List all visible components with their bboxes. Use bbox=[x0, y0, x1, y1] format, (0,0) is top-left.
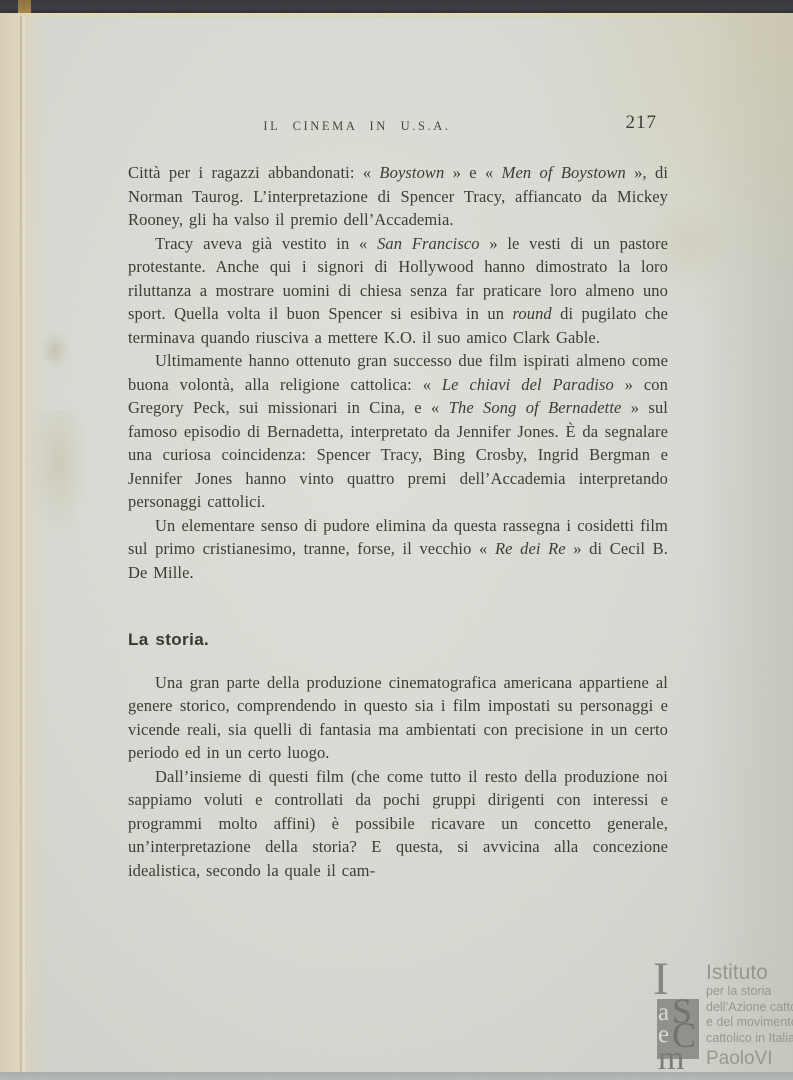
page-left-edge bbox=[0, 13, 44, 1072]
printed-text-block: IL CINEMA IN U.S.A. 217 Città per i raga… bbox=[128, 115, 668, 882]
paper-stain bbox=[40, 330, 70, 370]
film-title: The Song of Bernadette bbox=[449, 398, 622, 417]
text-run: » e « bbox=[444, 163, 501, 182]
paper-stain bbox=[28, 410, 88, 540]
page-fold-highlight bbox=[23, 16, 25, 1072]
watermark-text-line: dell’Azione cattolica bbox=[706, 1000, 793, 1016]
film-title: Men of Boystown bbox=[502, 163, 626, 182]
monogram-letter-i: I bbox=[653, 956, 669, 1003]
paragraph: Città per i ragazzi abbandonati: « Boyst… bbox=[128, 161, 668, 232]
page-fold-seam bbox=[20, 16, 22, 1072]
film-title: round bbox=[512, 304, 551, 323]
watermark-paolo-vi: PaoloVI bbox=[706, 1048, 793, 1069]
isacem-watermark: I a S e C m Istituto per la storiadell’A… bbox=[644, 960, 793, 1070]
bookmark-ribbon bbox=[18, 0, 31, 13]
isacem-monogram: I a S e C m bbox=[644, 960, 702, 1068]
film-title: Re dei Re bbox=[495, 539, 566, 558]
watermark-description: per la storiadell’Azione cattolicae del … bbox=[706, 984, 793, 1046]
watermark-institute-name: Istituto bbox=[706, 962, 793, 984]
book-cover-top-band bbox=[0, 0, 793, 13]
running-header: IL CINEMA IN U.S.A. 217 bbox=[128, 115, 668, 137]
paragraph: Una gran parte della produzione cinemato… bbox=[128, 671, 668, 765]
watermark-text-line: e del movimento bbox=[706, 1015, 793, 1031]
text-run: Una gran parte della produzione cinemato… bbox=[128, 673, 668, 763]
film-title: San Francisco bbox=[377, 234, 480, 253]
film-title: Boystown bbox=[379, 163, 444, 182]
text-run: Tracy aveva già vestito in « bbox=[155, 234, 377, 253]
monogram-letter-m: m bbox=[658, 1042, 684, 1076]
text-run: Città per i ragazzi abbandonati: « bbox=[128, 163, 379, 182]
film-title: Le chiavi del Paradiso bbox=[442, 375, 614, 394]
page-number: 217 bbox=[626, 112, 658, 134]
running-title: IL CINEMA IN U.S.A. bbox=[128, 119, 586, 134]
paragraph: Dall’insieme di questi film (che come tu… bbox=[128, 765, 668, 883]
text-run: Dall’insieme di questi film (che come tu… bbox=[128, 767, 668, 880]
scanned-page: IL CINEMA IN U.S.A. 217 Città per i raga… bbox=[0, 0, 793, 1080]
paragraph: Ultimamente hanno ottenuto gran successo… bbox=[128, 349, 668, 514]
paragraph: Tracy aveva già vestito in « San Francis… bbox=[128, 232, 668, 350]
book-scan-photo: { "article": { "header": { "running_titl… bbox=[0, 0, 793, 1080]
watermark-text-line: cattolico in Italia bbox=[706, 1031, 793, 1047]
watermark-text: Istituto per la storiadell’Azione cattol… bbox=[706, 962, 793, 1069]
page-body: Città per i ragazzi abbandonati: « Boyst… bbox=[128, 161, 668, 882]
watermark-text-line: per la storia bbox=[706, 984, 793, 1000]
paragraph: Un elementare senso di pudore elimina da… bbox=[128, 514, 668, 585]
section-heading: La storia. bbox=[128, 628, 668, 652]
